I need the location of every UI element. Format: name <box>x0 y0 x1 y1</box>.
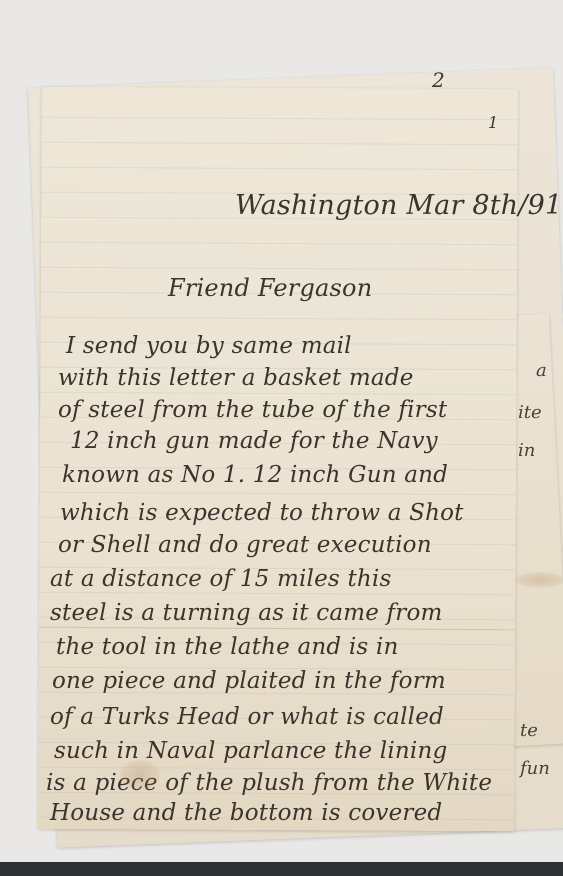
body-line: is a piece of the plush from the White <box>46 770 492 796</box>
body-line: which is expected to throw a Shot <box>60 500 464 526</box>
body-line: I send you by same mail <box>66 333 352 359</box>
body-line: House and the bottom is covered <box>50 800 442 826</box>
body-line: such in Naval parlance the lining <box>54 738 447 764</box>
back-page-fragment: in <box>518 440 535 461</box>
back-page-fragment: a <box>536 360 547 381</box>
body-line: the tool in the lathe and is in <box>56 634 399 660</box>
salutation: Friend Fergason <box>168 274 372 302</box>
body-line: steel is a turning as it came from <box>50 600 443 626</box>
body-line: known as No 1. 12 inch Gun and <box>62 462 448 488</box>
body-line: one piece and plaited in the form <box>52 668 446 694</box>
body-line: 12 inch gun made for the Navy <box>70 428 438 454</box>
body-line: with this letter a basket made <box>58 365 414 391</box>
body-line: of a Turks Head or what is called <box>50 704 444 730</box>
back-page-fragment: ite <box>518 402 542 423</box>
stain <box>120 760 160 790</box>
body-line: at a distance of 15 miles this <box>50 566 391 592</box>
body-line: of steel from the tube of the first <box>58 397 447 423</box>
body-line: or Shell and do great execution <box>58 532 432 558</box>
page-number-1: 1 <box>488 113 498 132</box>
fold-crease <box>39 627 515 630</box>
back-page-fragment: fun <box>520 758 550 779</box>
table-edge <box>0 862 563 876</box>
stain <box>515 572 563 588</box>
dateline: Washington Mar 8th/91 <box>235 190 562 221</box>
back-page-fragment: te <box>520 720 538 741</box>
